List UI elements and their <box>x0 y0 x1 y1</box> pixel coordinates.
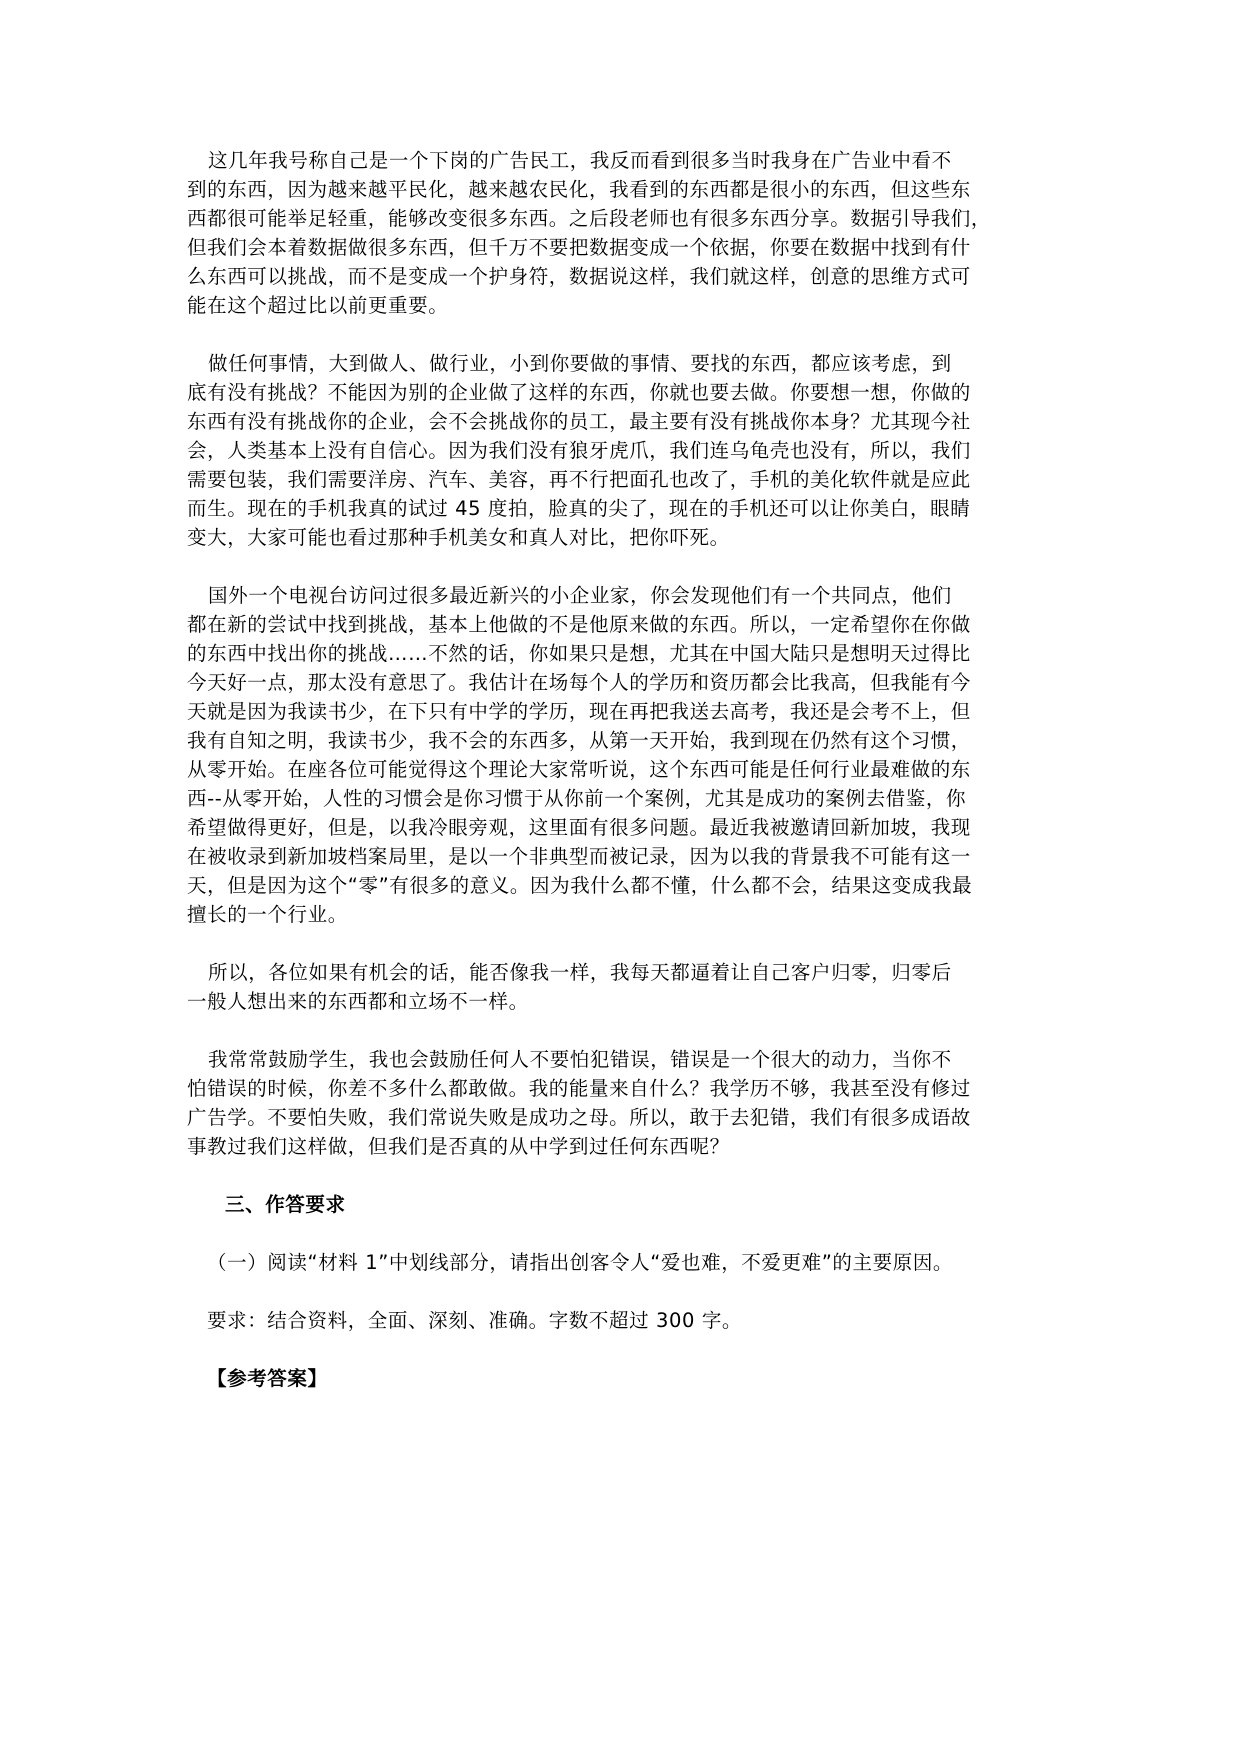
text-line: 会，人类基本上没有自信心。因为我们没有狼牙虎爪，我们连乌龟壳也没有，所以，我们 <box>187 436 1057 465</box>
text-line: 希望做得更好，但是，以我冷眼旁观，这里面有很多问题。最近我被邀请回新加坡，我现 <box>187 813 1057 842</box>
text-line: 事教过我们这样做，但我们是否真的从中学到过任何东西呢？ <box>187 1132 1057 1161</box>
text-line: 一般人想出来的东西都和立场不一样。 <box>187 987 1057 1016</box>
text-line: 都在新的尝试中找到挑战，基本上他做的不是他原来做的东西。所以，一定希望你在你做 <box>187 610 1057 639</box>
text-line: 的东西中找出你的挑战……不然的话，你如果只是想，尤其在中国大陆只是想明天过得比 <box>187 639 1057 668</box>
text-line: 底有没有挑战？不能因为别的企业做了这样的东西，你就也要去做。你要想一想，你做的 <box>187 378 1057 407</box>
text-line: 今天好一点，那太没有意思了。我估计在场每个人的学历和资历都会比我高，但我能有今 <box>187 668 1057 697</box>
text-line: 能在这个超过比以前更重要。 <box>187 291 1057 320</box>
text-line: 到的东西，因为越来越平民化，越来越农民化，我看到的东西都是很小的东西，但这些东 <box>187 175 1057 204</box>
text-line: 东西有没有挑战你的企业，会不会挑战你的员工，最主要有没有挑战你本身？尤其现今社 <box>187 407 1057 436</box>
text-line: 国外一个电视台访问过很多最近新兴的小企业家，你会发现他们有一个共同点，他们 <box>187 581 1057 610</box>
text-line: 从零开始。在座各位可能觉得这个理论大家常听说，这个东西可能是任何行业最难做的东 <box>187 755 1057 784</box>
text-line: 擅长的一个行业。 <box>187 900 1057 929</box>
text-line: 怕错误的时候，你差不多什么都敢做。我的能量来自什么？我学历不够，我甚至没有修过 <box>187 1074 1057 1103</box>
text-line: 在被收录到新加坡档案局里，是以一个非典型而被记录，因为以我的背景我不可能有这一 <box>187 842 1057 871</box>
text-line: 变大，大家可能也看过那种手机美女和真人对比，把你吓死。 <box>187 523 1057 552</box>
paragraph-3: 国外一个电视台访问过很多最近新兴的小企业家，你会发现他们有一个共同点，他们 都在… <box>187 581 1057 929</box>
text-line: 么东西可以挑战，而不是变成一个护身符，数据说这样，我们就这样，创意的思维方式可 <box>187 262 1057 291</box>
text-line: 广告学。不要怕失败，我们常说失败是成功之母。所以，敢于去犯错，我们有很多成语故 <box>187 1103 1057 1132</box>
section-heading: 三、作答要求 <box>187 1190 1057 1219</box>
paragraph-4: 所以，各位如果有机会的话，能否像我一样，我每天都逼着让自己客户归零，归零后 一般… <box>187 958 1057 1016</box>
text-line: 我有自知之明，我读书少，我不会的东西多，从第一天开始，我到现在仍然有这个习惯， <box>187 726 1057 755</box>
text-line: 所以，各位如果有机会的话，能否像我一样，我每天都逼着让自己客户归零，归零后 <box>187 958 1057 987</box>
requirement-text: 要求：结合资料，全面、深刻、准确。字数不超过 300 字。 <box>187 1306 1057 1335</box>
text-line: 天就是因为我读书少，在下只有中学的学历，现在再把我送去高考，我还是会考不上，但 <box>187 697 1057 726</box>
paragraph-2: 做任何事情，大到做人、做行业，小到你要做的事情、要找的东西，都应该考虑，到 底有… <box>187 349 1057 552</box>
paragraph-1: 这几年我号称自己是一个下岗的广告民工，我反而看到很多当时我身在广告业中看不 到的… <box>187 146 1057 320</box>
text-line: 做任何事情，大到做人、做行业，小到你要做的事情、要找的东西，都应该考虑，到 <box>187 349 1057 378</box>
text-line: 而生。现在的手机我真的试过 45 度拍，脸真的尖了，现在的手机还可以让你美白，眼… <box>187 494 1057 523</box>
text-line: 我常常鼓励学生，我也会鼓励任何人不要怕犯错误，错误是一个很大的动力，当你不 <box>187 1045 1057 1074</box>
answer-heading: 【参考答案】 <box>187 1364 1057 1393</box>
text-line: 但我们会本着数据做很多东西，但千万不要把数据变成一个依据，你要在数据中找到有什 <box>187 233 1057 262</box>
text-line: 这几年我号称自己是一个下岗的广告民工，我反而看到很多当时我身在广告业中看不 <box>187 146 1057 175</box>
text-line: 需要包装，我们需要洋房、汽车、美容，再不行把面孔也改了，手机的美化软件就是应此 <box>187 465 1057 494</box>
document-page: 这几年我号称自己是一个下岗的广告民工，我反而看到很多当时我身在广告业中看不 到的… <box>187 146 1057 1422</box>
text-line: 西--从零开始，人性的习惯会是你习惯于从你前一个案例，尤其是成功的案例去借鉴，你 <box>187 784 1057 813</box>
question-text: （一）阅读“材料 1”中划线部分，请指出创客令人“爱也难，不爱更难”的主要原因。 <box>187 1248 1057 1277</box>
paragraph-5: 我常常鼓励学生，我也会鼓励任何人不要怕犯错误，错误是一个很大的动力，当你不 怕错… <box>187 1045 1057 1161</box>
text-line: 西都很可能举足轻重，能够改变很多东西。之后段老师也有很多东西分享。数据引导我们， <box>187 204 1057 233</box>
text-line: 天，但是因为这个“零”有很多的意义。因为我什么都不懂，什么都不会，结果这变成我最 <box>187 871 1057 900</box>
